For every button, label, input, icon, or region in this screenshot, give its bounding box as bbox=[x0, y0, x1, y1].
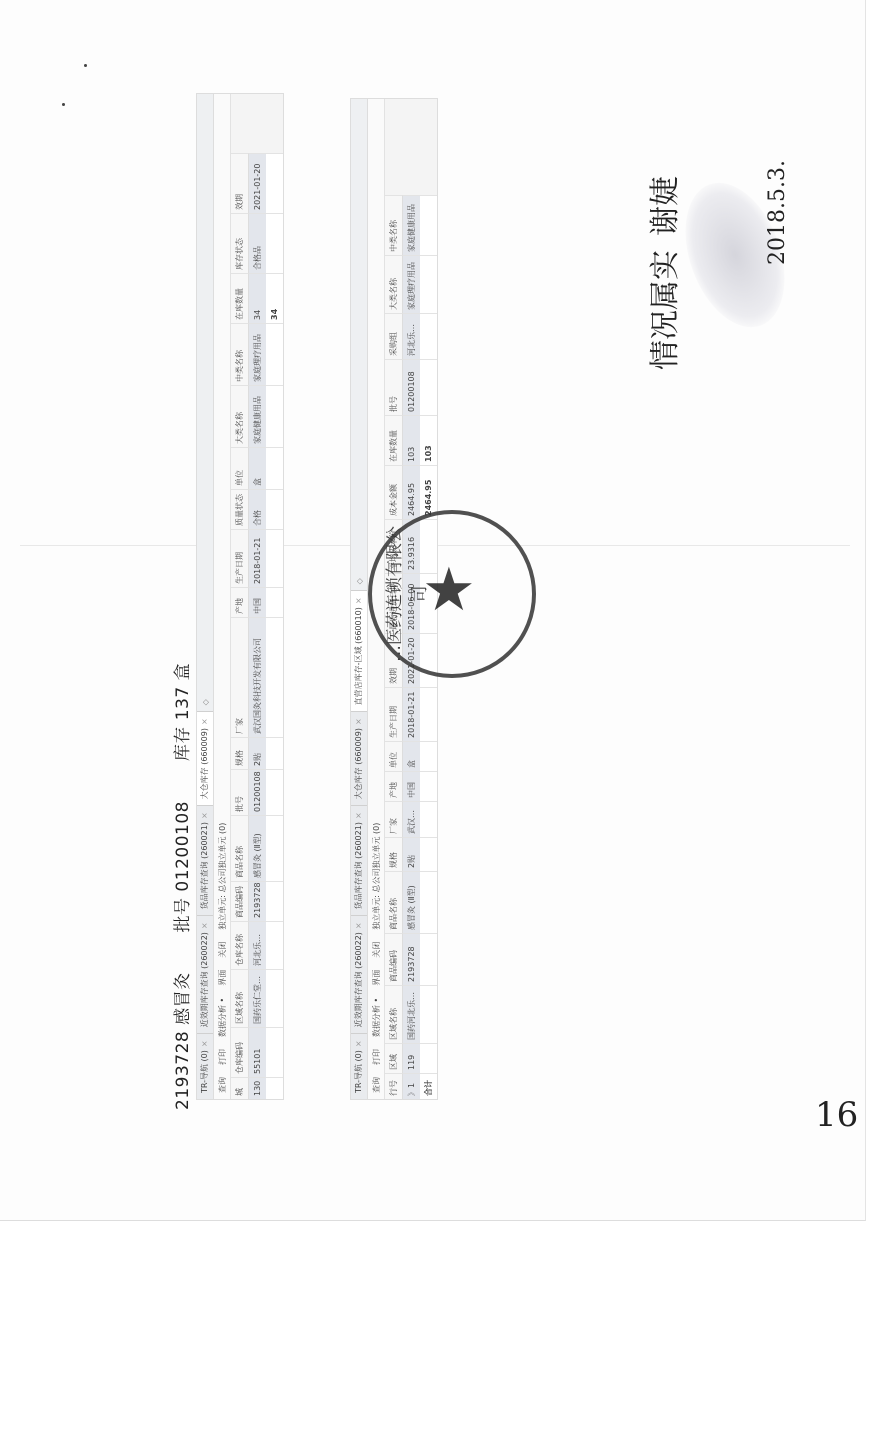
column-header[interactable]: 在库数量 bbox=[231, 273, 249, 323]
toolbar-button[interactable]: 独立单元: 总公司独立单元 (0) bbox=[217, 823, 228, 930]
column-header[interactable]: 区域名称 bbox=[385, 985, 403, 1043]
toolbar-button[interactable]: 打印 bbox=[217, 1049, 228, 1065]
close-icon[interactable]: × bbox=[354, 718, 363, 725]
column-header[interactable]: 采购组 bbox=[385, 313, 403, 359]
column-header[interactable]: 商品名称 bbox=[231, 815, 249, 881]
table-cell: 中国 bbox=[403, 771, 420, 801]
column-header[interactable]: 生产日期 bbox=[231, 529, 249, 587]
column-header[interactable]: 区域 bbox=[385, 1043, 403, 1073]
column-header[interactable]: 规格 bbox=[231, 737, 249, 769]
speck bbox=[84, 64, 87, 67]
column-header[interactable]: 厂家 bbox=[231, 617, 249, 737]
tab[interactable]: 货品库存查询 (260021)× bbox=[351, 805, 367, 915]
tab[interactable]: 近效期库存查询 (260022)× bbox=[197, 915, 213, 1033]
table-cell: 感冒灸 (Ⅱ型) bbox=[403, 871, 420, 933]
star-icon: ★ bbox=[422, 560, 476, 620]
table-cell: 国药河北乐… bbox=[403, 985, 420, 1043]
toolbar-button[interactable]: 独立单元: 总公司独立单元 (0) bbox=[371, 823, 382, 930]
close-icon[interactable]: × bbox=[354, 597, 363, 604]
table-cell: 河北乐… bbox=[403, 313, 420, 359]
table-cell: 2021-01-20 bbox=[249, 153, 266, 213]
table-cell: 》1 bbox=[403, 1073, 420, 1099]
close-icon[interactable]: × bbox=[200, 812, 209, 819]
close-icon[interactable]: × bbox=[354, 1040, 363, 1047]
table-cell: 家庭理疗用品 bbox=[403, 255, 420, 313]
column-header[interactable]: 中类名称 bbox=[385, 195, 403, 255]
close-icon[interactable]: × bbox=[354, 922, 363, 929]
handwritten-date: 2018.5.3. bbox=[765, 160, 790, 265]
table-cell: 103 bbox=[403, 415, 420, 465]
page-title: 2193728 感冒灸 批号 01200108 库存 137 盒 bbox=[168, 629, 193, 1110]
table-cell: 感冒灸 (Ⅱ型) bbox=[249, 815, 266, 881]
company-seal: ★ …医药连锁有限公司 bbox=[368, 510, 536, 678]
table-cell: 武汉国灸科技开发有限公司 bbox=[249, 617, 266, 737]
column-header[interactable]: 生产日期 bbox=[385, 687, 403, 741]
scanned-page: 2193728 感冒灸 批号 01200108 库存 137 盒 TR-导航 (… bbox=[0, 0, 866, 1221]
column-header[interactable]: 效期 bbox=[231, 153, 249, 213]
column-header[interactable]: 产地 bbox=[385, 771, 403, 801]
column-header[interactable]: 商品名称 bbox=[385, 871, 403, 933]
handwritten-note: 情况属实谢婕 bbox=[640, 176, 684, 370]
tab[interactable]: 近效期库存查询 (260022)× bbox=[351, 915, 367, 1033]
column-header[interactable]: 厂家 bbox=[385, 801, 403, 837]
total-qty: 34 bbox=[266, 273, 283, 323]
column-header[interactable]: 单位 bbox=[385, 741, 403, 771]
total-qty: 103 bbox=[420, 415, 437, 465]
toolbar-button[interactable]: 界面 bbox=[217, 970, 228, 986]
close-icon[interactable]: × bbox=[200, 922, 209, 929]
tab[interactable]: 大仓库存 (660009)× bbox=[197, 711, 213, 805]
table-cell: 盒 bbox=[403, 741, 420, 771]
add-tab-icon[interactable]: ◇ bbox=[355, 572, 364, 590]
table-cell: 2018-01-21 bbox=[249, 529, 266, 587]
close-icon[interactable]: × bbox=[354, 812, 363, 819]
toolbar-button[interactable]: 数据分析 • bbox=[217, 998, 228, 1037]
column-header[interactable]: 质量状态 bbox=[231, 489, 249, 529]
table-cell: 河北乐… bbox=[249, 921, 266, 969]
table-cell: 家庭健康用品 bbox=[403, 195, 420, 255]
table-cell: 2193728 bbox=[403, 933, 420, 985]
column-header[interactable]: 大类名称 bbox=[231, 385, 249, 447]
column-header[interactable]: 中类名称 bbox=[231, 323, 249, 385]
toolbar-button[interactable]: 关闭 bbox=[217, 942, 228, 958]
column-header[interactable]: 商品编码 bbox=[231, 881, 249, 921]
table-cell: 2464.95 bbox=[403, 465, 420, 519]
table-cell: 国药乐仁堂… bbox=[249, 969, 266, 1027]
table-cell: 2193728 bbox=[249, 881, 266, 921]
seal-text: …医药连锁有限公司 bbox=[380, 524, 430, 664]
tab[interactable]: 货品库存查询 (260021)× bbox=[197, 805, 213, 915]
table-cell: 合格品 bbox=[249, 213, 266, 273]
table-cell: 中国 bbox=[249, 587, 266, 617]
column-header[interactable]: 仓库编码 bbox=[231, 1027, 249, 1077]
table-cell: 家庭理疗用品 bbox=[249, 323, 266, 385]
column-header[interactable]: 批号 bbox=[385, 359, 403, 415]
column-header[interactable]: 行号 bbox=[385, 1073, 403, 1099]
table-cell: 2贴 bbox=[403, 837, 420, 871]
total-label: 合计 bbox=[420, 1073, 437, 1099]
column-header[interactable]: 区域名称 bbox=[231, 969, 249, 1027]
total-row: 34 bbox=[266, 94, 283, 1099]
tab[interactable]: TR-导航 (0)× bbox=[351, 1033, 367, 1099]
table-cell: 55101 bbox=[249, 1027, 266, 1077]
table-row[interactable]: 13055101国药乐仁堂…河北乐…2193728感冒灸 (Ⅱ型)0120010… bbox=[249, 94, 266, 1099]
toolbar-button[interactable]: 查询 bbox=[371, 1077, 382, 1093]
table-cell: 家庭健康用品 bbox=[249, 385, 266, 447]
page-number: 16 bbox=[815, 1095, 858, 1135]
add-tab-icon[interactable]: ◇ bbox=[201, 693, 210, 711]
column-header[interactable]: 在库数量 bbox=[385, 415, 403, 465]
table-cell: 武汉… bbox=[403, 801, 420, 837]
toolbar-button[interactable]: 界面 bbox=[371, 970, 382, 986]
table-cell: 盒 bbox=[249, 447, 266, 489]
column-header[interactable]: 城 bbox=[231, 1077, 249, 1099]
close-icon[interactable]: × bbox=[200, 1040, 209, 1047]
batch-title: 批号 01200108 bbox=[173, 801, 193, 932]
table-cell: 01200108 bbox=[403, 359, 420, 415]
column-header[interactable]: 规格 bbox=[385, 837, 403, 871]
product-title: 2193728 感冒灸 bbox=[173, 972, 193, 1110]
toolbar-button[interactable]: 打印 bbox=[371, 1049, 382, 1065]
column-header[interactable]: 批号 bbox=[231, 769, 249, 815]
toolbar: 查询打印数据分析 •界面关闭独立单元: 总公司独立单元 (0) bbox=[214, 94, 231, 1099]
close-icon[interactable]: × bbox=[200, 718, 209, 725]
stock-title: 库存 137 盒 bbox=[173, 663, 193, 761]
column-header[interactable]: 单位 bbox=[231, 447, 249, 489]
table-cell: 34 bbox=[249, 273, 266, 323]
column-header[interactable]: 产地 bbox=[231, 587, 249, 617]
toolbar-button[interactable]: 关闭 bbox=[371, 942, 382, 958]
toolbar-button[interactable]: 数据分析 • bbox=[371, 998, 382, 1037]
column-header[interactable]: 商品编码 bbox=[385, 933, 403, 985]
column-header[interactable]: 大类名称 bbox=[385, 255, 403, 313]
table-header: 城仓库编码区域名称仓库名称商品编码商品名称批号规格厂家产地生产日期质量状态单位大… bbox=[231, 94, 249, 1099]
signature: 谢婕 bbox=[648, 176, 683, 236]
tab[interactable]: 直营店库存-区域 (660010)× bbox=[351, 590, 367, 711]
table-cell: 130 bbox=[249, 1077, 266, 1099]
column-header[interactable]: 成本金额 bbox=[385, 465, 403, 519]
table-cell: 2018-01-21 bbox=[403, 687, 420, 741]
column-header[interactable]: 库存状态 bbox=[231, 213, 249, 273]
tab[interactable]: TR-导航 (0)× bbox=[197, 1033, 213, 1099]
table-cell: 2贴 bbox=[249, 737, 266, 769]
table-cell: 合格 bbox=[249, 489, 266, 529]
column-header[interactable]: 仓库名称 bbox=[231, 921, 249, 969]
warehouse-stock-window: TR-导航 (0)×近效期库存查询 (260022)×货品库存查询 (26002… bbox=[196, 93, 284, 1100]
tab[interactable]: 大仓库存 (660009)× bbox=[351, 711, 367, 805]
table-cell: 119 bbox=[403, 1043, 420, 1073]
tab-bar: TR-导航 (0)×近效期库存查询 (260022)×货品库存查询 (26002… bbox=[197, 94, 214, 1099]
speck bbox=[62, 103, 65, 106]
table-cell: 01200108 bbox=[249, 769, 266, 815]
toolbar-button[interactable]: 查询 bbox=[217, 1077, 228, 1093]
tab-bar: TR-导航 (0)×近效期库存查询 (260022)×货品库存查询 (26002… bbox=[351, 99, 368, 1099]
